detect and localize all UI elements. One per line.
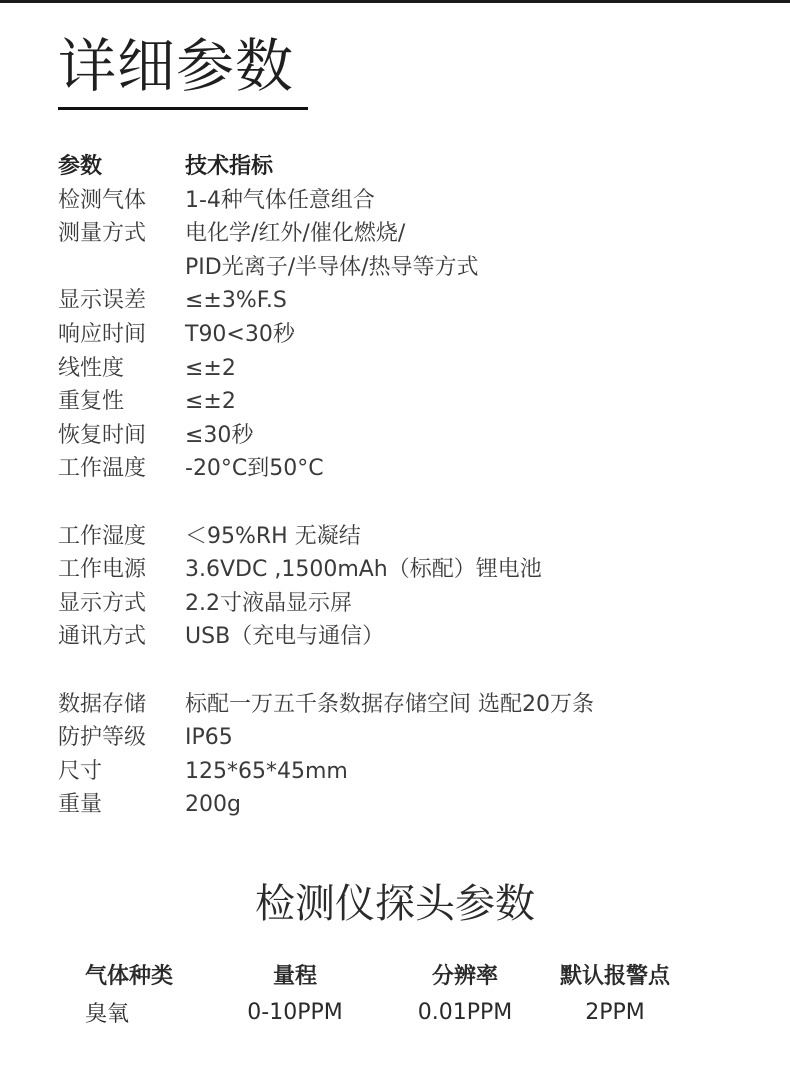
spec-row: 响应时间 T90<30秒	[58, 318, 758, 352]
spec-value: PID光离子/半导体/热导等方式	[185, 251, 479, 285]
spec-label: 线性度	[58, 352, 185, 386]
spec-label: 检测气体	[58, 184, 185, 218]
spec-value: -20°C到50°C	[185, 452, 324, 486]
probe-section-title: 检测仪探头参数	[0, 876, 790, 932]
spec-label: 通讯方式	[58, 620, 185, 654]
spec-value: 1-4种气体任意组合	[185, 184, 375, 218]
range-cell: 0-10PPM	[230, 1000, 360, 1025]
spec-label: 响应时间	[58, 318, 185, 352]
column-header-range: 量程	[230, 959, 360, 990]
spec-row: 重量 200g	[58, 788, 758, 822]
spec-value: 2.2寸液晶显示屏	[185, 587, 352, 621]
top-divider-bar	[0, 0, 790, 3]
spec-row: 显示误差 ≤±3%F.S	[58, 284, 758, 318]
spec-label: 尺寸	[58, 755, 185, 789]
spec-label: 测量方式	[58, 217, 185, 251]
title-underline	[58, 107, 308, 110]
column-header-resolution: 分辨率	[400, 959, 530, 990]
spec-row: 通讯方式 USB（充电与通信）	[58, 620, 758, 654]
spec-label: 恢复时间	[58, 419, 185, 453]
spec-value: 200g	[185, 788, 241, 822]
spec-value: 125*65*45mm	[185, 755, 348, 789]
probe-table-row: 臭氧 0-10PPM 0.01PPM 2PPM	[0, 993, 790, 1031]
spec-label: 重量	[58, 788, 185, 822]
spec-row: 数据存储 标配一万五千条数据存储空间 选配20万条	[58, 688, 758, 722]
spec-value: USB（充电与通信）	[185, 620, 384, 654]
spec-label: 重复性	[58, 385, 185, 419]
spec-value: ＜95%RH 无凝结	[185, 520, 361, 554]
spec-value: T90<30秒	[185, 318, 295, 352]
alarm-point-cell: 2PPM	[550, 1000, 680, 1025]
column-header-gas-type: 气体种类	[85, 959, 173, 990]
spec-label: 显示误差	[58, 284, 185, 318]
spec-row: 测量方式 电化学/红外/催化燃烧/	[58, 217, 758, 251]
probe-table-header: 气体种类 量程 分辨率 默认报警点	[0, 955, 790, 993]
spec-label: 数据存储	[58, 688, 185, 722]
spec-row-continuation: PID光离子/半导体/热导等方式	[58, 251, 758, 285]
spec-row: 恢复时间 ≤30秒	[58, 419, 758, 453]
spec-value: ≤±3%F.S	[185, 284, 287, 318]
spec-row: 显示方式 2.2寸液晶显示屏	[58, 587, 758, 621]
spec-label: 工作电源	[58, 553, 185, 587]
probe-table: 气体种类 量程 分辨率 默认报警点 臭氧 0-10PPM 0.01PPM 2PP…	[0, 955, 790, 1031]
spec-row: 防护等级 IP65	[58, 721, 758, 755]
spec-value: ≤±2	[185, 385, 236, 419]
spec-value: 电化学/红外/催化燃烧/	[185, 217, 405, 251]
spec-row: 工作电源 3.6VDC ,1500mAh（标配）锂电池	[58, 553, 758, 587]
spec-value: IP65	[185, 721, 233, 755]
spec-row: 尺寸 125*65*45mm	[58, 755, 758, 789]
column-header-alarm-point: 默认报警点	[550, 959, 680, 990]
spec-table: 参数 技术指标 检测气体 1-4种气体任意组合 测量方式 电化学/红外/催化燃烧…	[58, 150, 758, 822]
spec-value: ≤30秒	[185, 419, 253, 453]
column-header-spec: 技术指标	[185, 150, 273, 184]
spec-label: 防护等级	[58, 721, 185, 755]
spec-row: 线性度 ≤±2	[58, 352, 758, 386]
page-title: 详细参数	[58, 30, 294, 102]
spec-value: ≤±2	[185, 352, 236, 386]
resolution-cell: 0.01PPM	[400, 1000, 530, 1025]
spec-table-header: 参数 技术指标	[58, 150, 758, 184]
spec-label: 工作温度	[58, 452, 185, 486]
spec-row: 工作湿度 ＜95%RH 无凝结	[58, 520, 758, 554]
spec-value: 标配一万五千条数据存储空间 选配20万条	[185, 688, 594, 722]
spec-row: 检测气体 1-4种气体任意组合	[58, 184, 758, 218]
spec-value: 3.6VDC ,1500mAh（标配）锂电池	[185, 553, 542, 587]
column-header-param: 参数	[58, 150, 185, 184]
spec-label: 显示方式	[58, 587, 185, 621]
spec-label: 工作湿度	[58, 520, 185, 554]
spec-row: 重复性 ≤±2	[58, 385, 758, 419]
gas-type-cell: 臭氧	[85, 997, 129, 1028]
spec-row: 工作温度 -20°C到50°C	[58, 452, 758, 486]
